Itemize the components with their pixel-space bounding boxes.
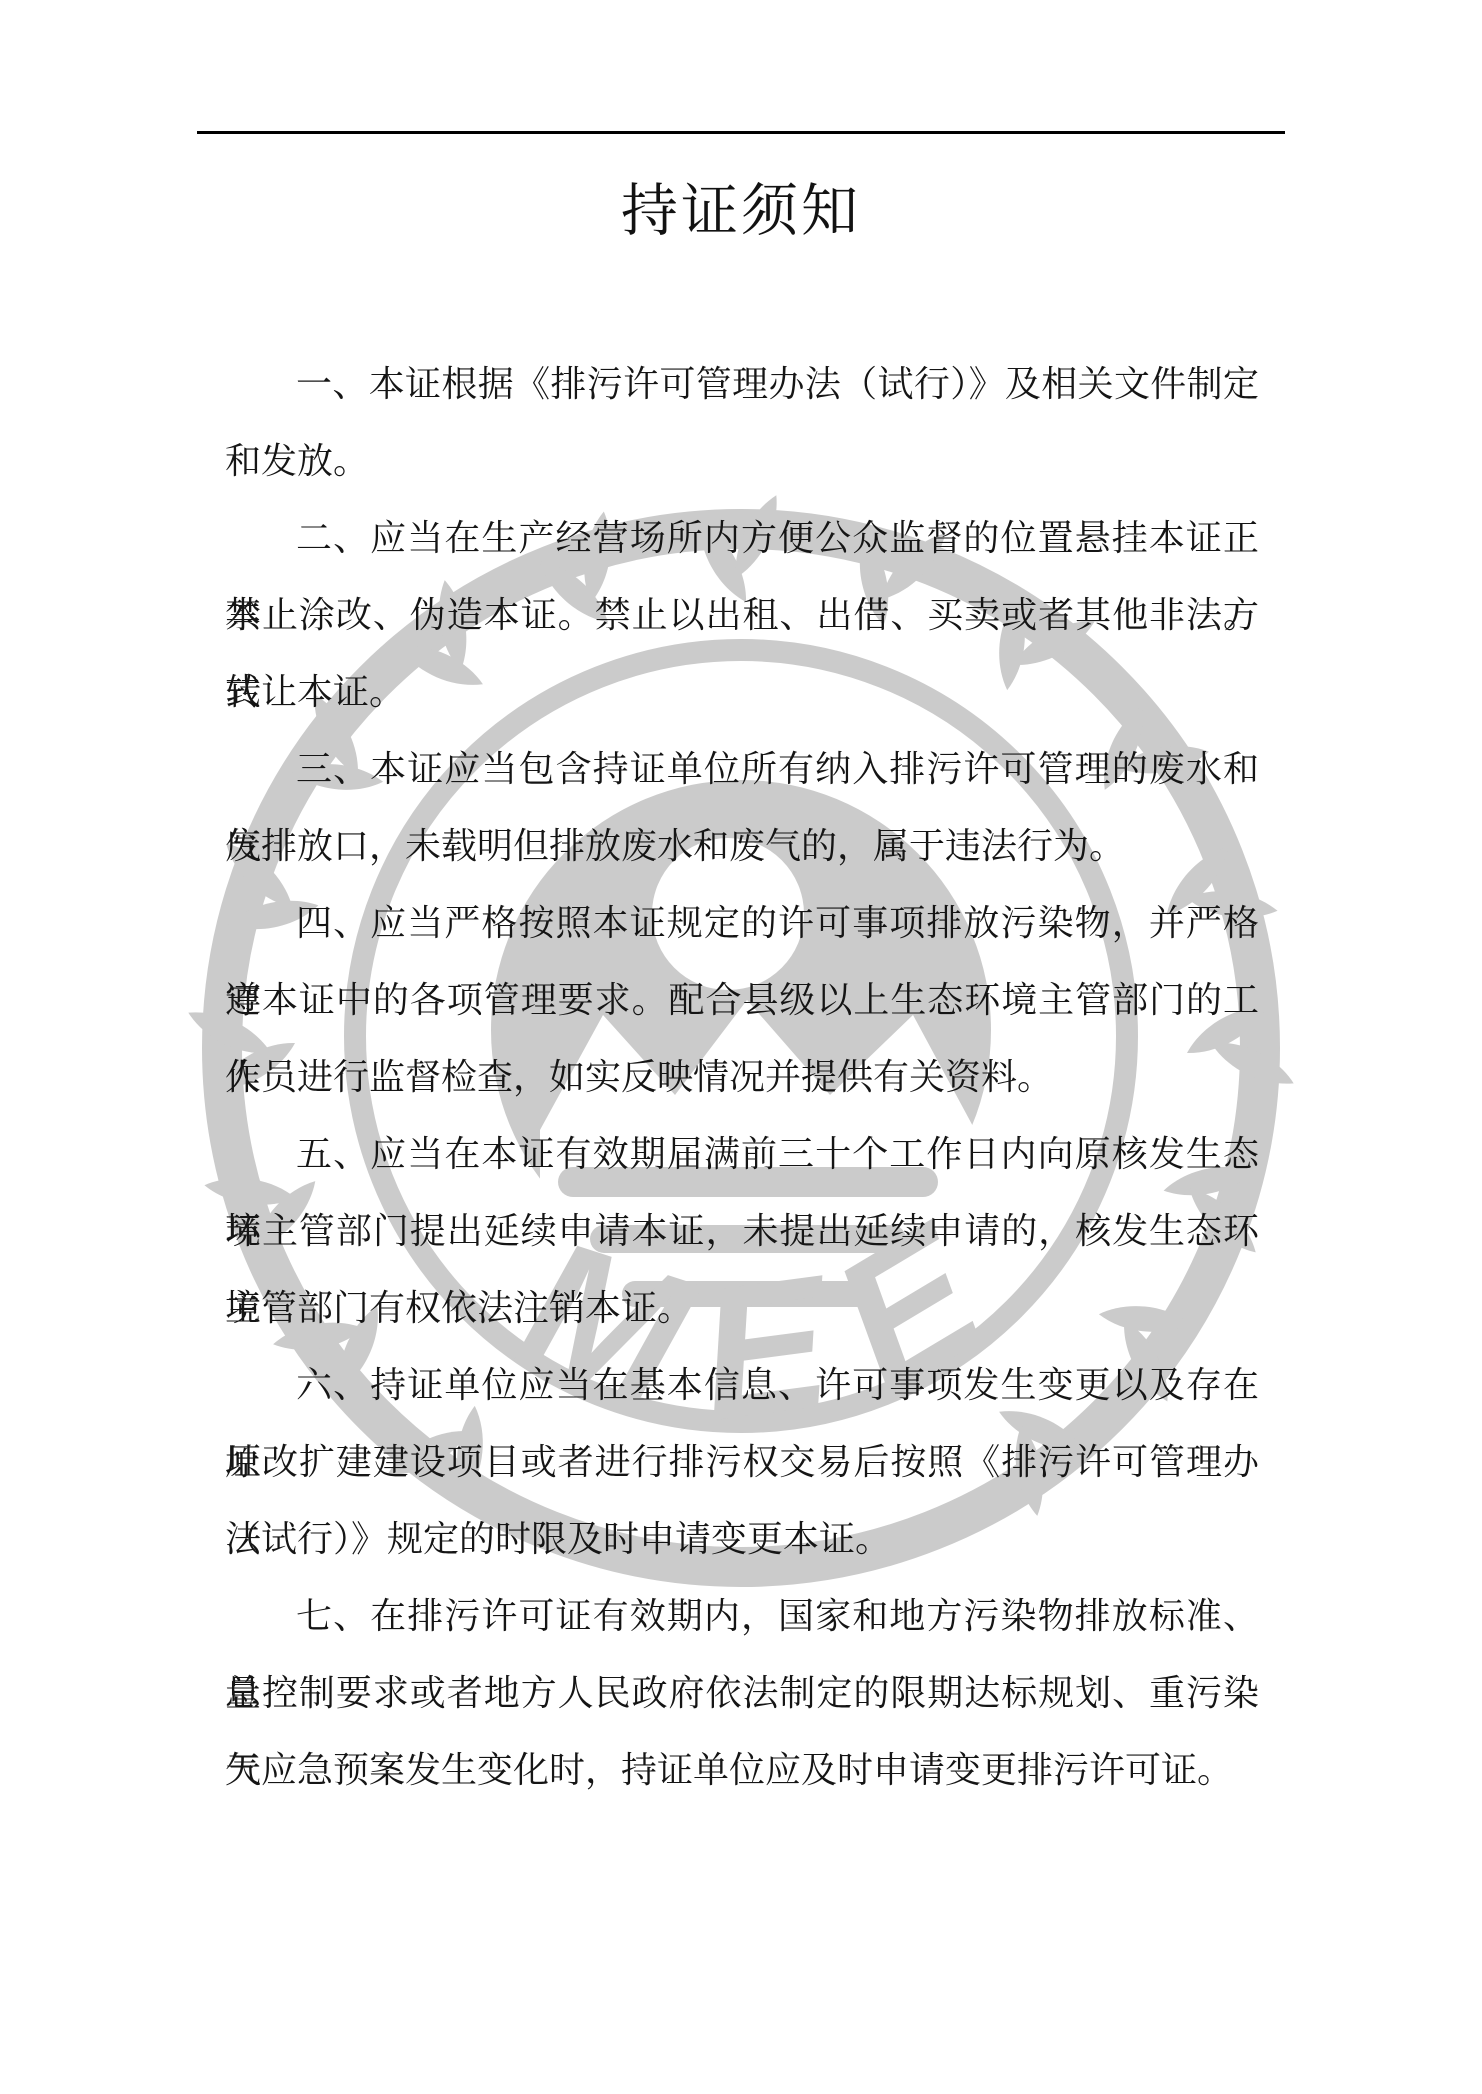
notice-line: 一、本证根据《排污许可管理办法（试行）》及相关文件制定 [225,345,1259,422]
notice-body: 一、本证根据《排污许可管理办法（试行）》及相关文件制定和发放。二、应当在生产经营… [225,345,1259,1808]
notice-line: 六、持证单位应当在基本信息、许可事项发生变更以及存在原 [225,1346,1259,1423]
notice-line: 四、应当严格按照本证规定的许可事项排放污染物，并严格遵 [225,884,1259,961]
notice-line: 七、在排污许可证有效期内，国家和地方污染物排放标准、总 [225,1577,1259,1654]
notice-line: 禁止涂改、伪造本证。禁止以出租、出借、买卖或者其他非法方式 [225,576,1259,653]
notice-line: 守本证中的各项管理要求。配合县级以上生态环境主管部门的工作 [225,961,1259,1038]
notice-line: 主管部门有权依法注销本证。 [225,1269,1259,1346]
notice-line: 转让本证。 [225,653,1259,730]
notice-line: 和发放。 [225,422,1259,499]
notice-line: 五、应当在本证有效期届满前三十个工作日内向原核发生态环 [225,1115,1259,1192]
notice-line: 气排放口，未载明但排放废水和废气的，属于违法行为。 [225,807,1259,884]
notice-line: 二、应当在生产经营场所内方便公众监督的位置悬挂本证正本。 [225,499,1259,576]
header-rule [197,131,1285,134]
notice-line: 三、本证应当包含持证单位所有纳入排污许可管理的废水和废 [225,730,1259,807]
notice-line: 境主管部门提出延续申请本证，未提出延续申请的，核发生态环境 [225,1192,1259,1269]
notice-page: MEE 持证须知 一、本证根据《排污许可管理办法（试行）》及相关文件制定和发放。… [0,0,1482,2094]
notice-line: 气应急预案发生变化时，持证单位应及时申请变更排污许可证。 [225,1731,1259,1808]
notice-line: 人员进行监督检查，如实反映情况并提供有关资料。 [225,1038,1259,1115]
page-title: 持证须知 [0,180,1482,242]
notice-line: 址改扩建建设项目或者进行排污权交易后按照《排污许可管理办法 [225,1423,1259,1500]
notice-line: （试行）》规定的时限及时申请变更本证。 [225,1500,1259,1577]
notice-line: 量控制要求或者地方人民政府依法制定的限期达标规划、重污染天 [225,1654,1259,1731]
